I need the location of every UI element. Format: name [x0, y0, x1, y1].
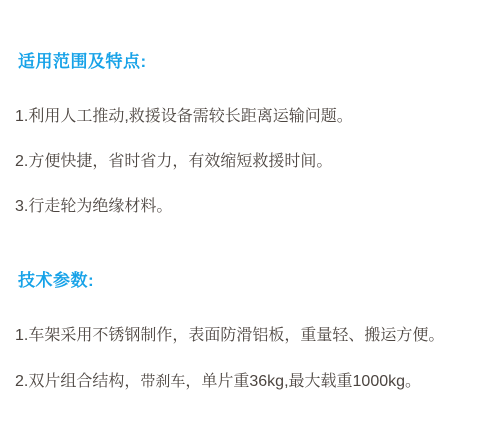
features-heading: 适用范围及特点:	[0, 53, 504, 71]
spec-item-2: 2.双片组合结构，带刹车，单片重36kg,最大载重1000kg。	[0, 372, 504, 391]
spec-item-1: 1.车架采用不锈钢制作，表面防滑铝板，重量轻、搬运方便。	[0, 327, 504, 345]
product-description-page: 适用范围及特点: 1.利用人工推动,救援设备需较长距离运输问题。 2.方便快捷，…	[0, 0, 504, 447]
feature-item-1: 1.利用人工推动,救援设备需较长距离运输问题。	[0, 108, 504, 126]
spec-item-2-prefix: 2.双片组合结构，	[15, 373, 140, 390]
specs-heading: 技术参数:	[0, 272, 504, 290]
section-features: 适用范围及特点: 1.利用人工推动,救援设备需较长距离运输问题。 2.方便快捷，…	[0, 53, 504, 216]
feature-item-2: 2.方便快捷，省时省力，有效缩短救援时间。	[0, 153, 504, 171]
section-specs: 技术参数: 1.车架采用不锈钢制作，表面防滑铝板，重量轻、搬运方便。 2.双片组…	[0, 272, 504, 391]
spec-item-2-brake-text: 带刹车	[140, 372, 185, 390]
spec-item-2-suffix: ，单片重36kg,最大载重1000kg。	[185, 373, 421, 390]
feature-item-3: 3.行走轮为绝缘材料。	[0, 198, 504, 216]
